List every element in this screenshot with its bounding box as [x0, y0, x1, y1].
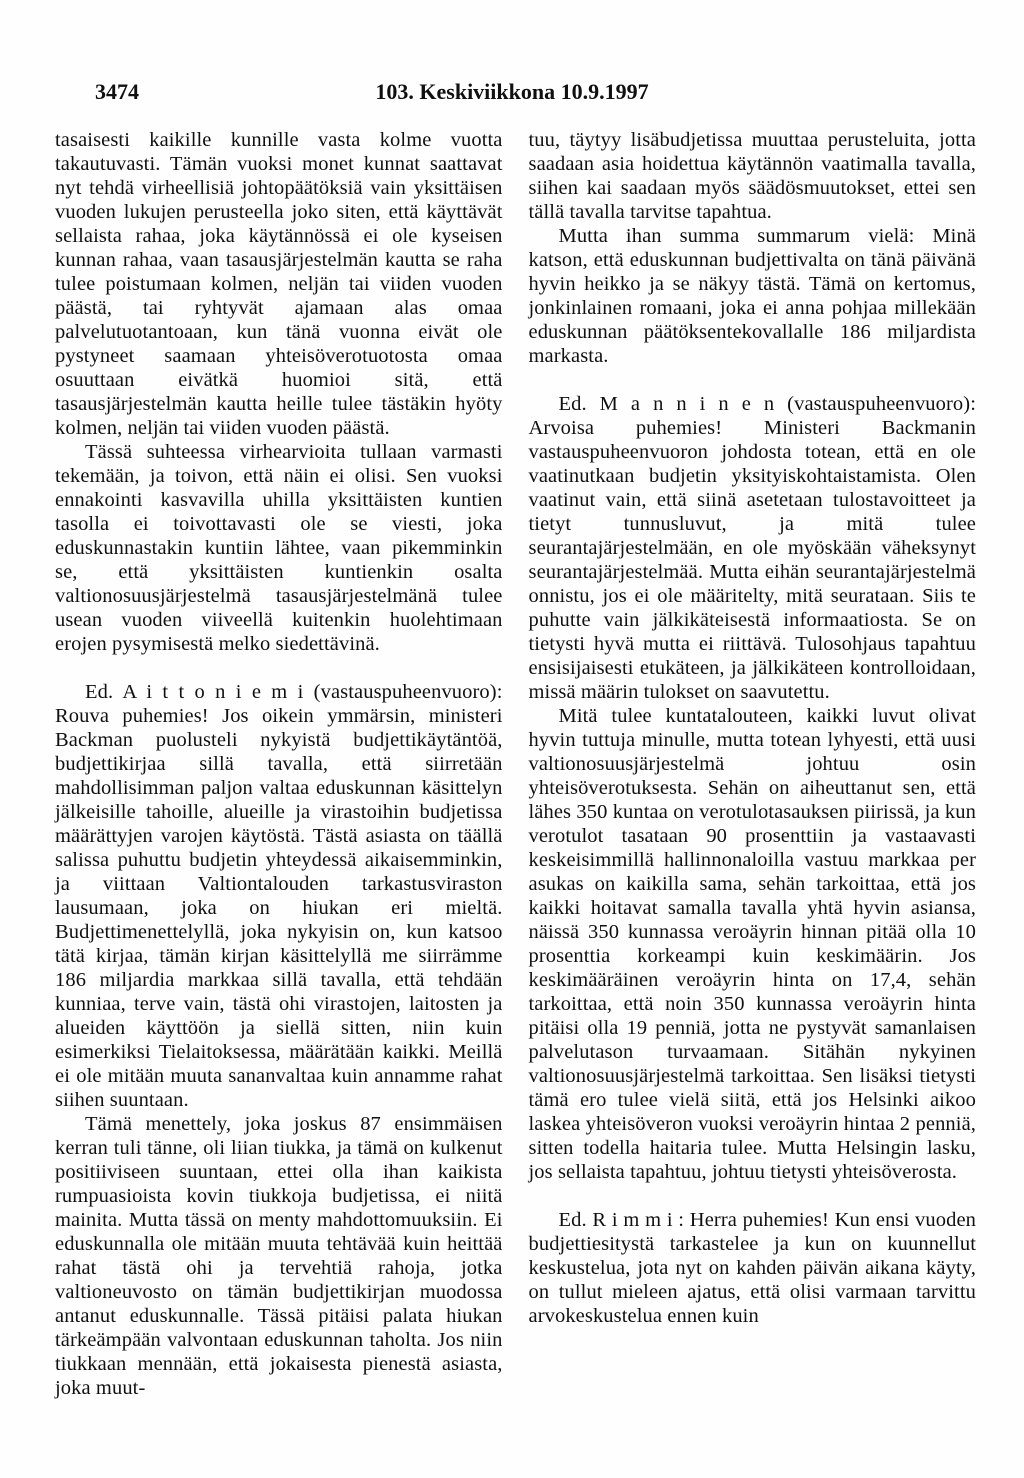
- paragraph: Mutta ihan summa summarum vielä: Minä ka…: [529, 224, 977, 368]
- two-column-text-body: tasaisesti kaikille kunnille vasta kolme…: [0, 128, 1024, 1400]
- paragraph: Ed. A i t t o n i e m i (vastauspuheenvu…: [55, 680, 503, 1112]
- paragraph: Ed. M a n n i n e n (vastauspuheenvuoro)…: [529, 392, 977, 704]
- document-page: 3474 103. Keskiviikkona 10.9.1997 tasais…: [0, 0, 1024, 1478]
- paragraph: Tässä suhteessa virhearvioita tullaan va…: [55, 440, 503, 656]
- paragraph: tuu, täytyy lisäbudjetissa muuttaa perus…: [529, 128, 977, 224]
- session-title: 103. Keskiviikkona 10.9.1997: [0, 80, 1024, 104]
- paragraph: tasaisesti kaikille kunnille vasta kolme…: [55, 128, 503, 440]
- paragraph: Tämä menettely, joka joskus 87 ensimmäis…: [55, 1112, 503, 1400]
- page-header: 3474 103. Keskiviikkona 10.9.1997: [0, 0, 1024, 114]
- page-number: 3474: [95, 80, 139, 104]
- paragraph: Mitä tulee kuntatalouteen, kaikki luvut …: [529, 704, 977, 1184]
- right-column: tuu, täytyy lisäbudjetissa muuttaa perus…: [529, 128, 977, 1400]
- paragraph: Ed. R i m m i : Herra puhemies! Kun ensi…: [529, 1208, 977, 1328]
- left-column: tasaisesti kaikille kunnille vasta kolme…: [55, 128, 503, 1400]
